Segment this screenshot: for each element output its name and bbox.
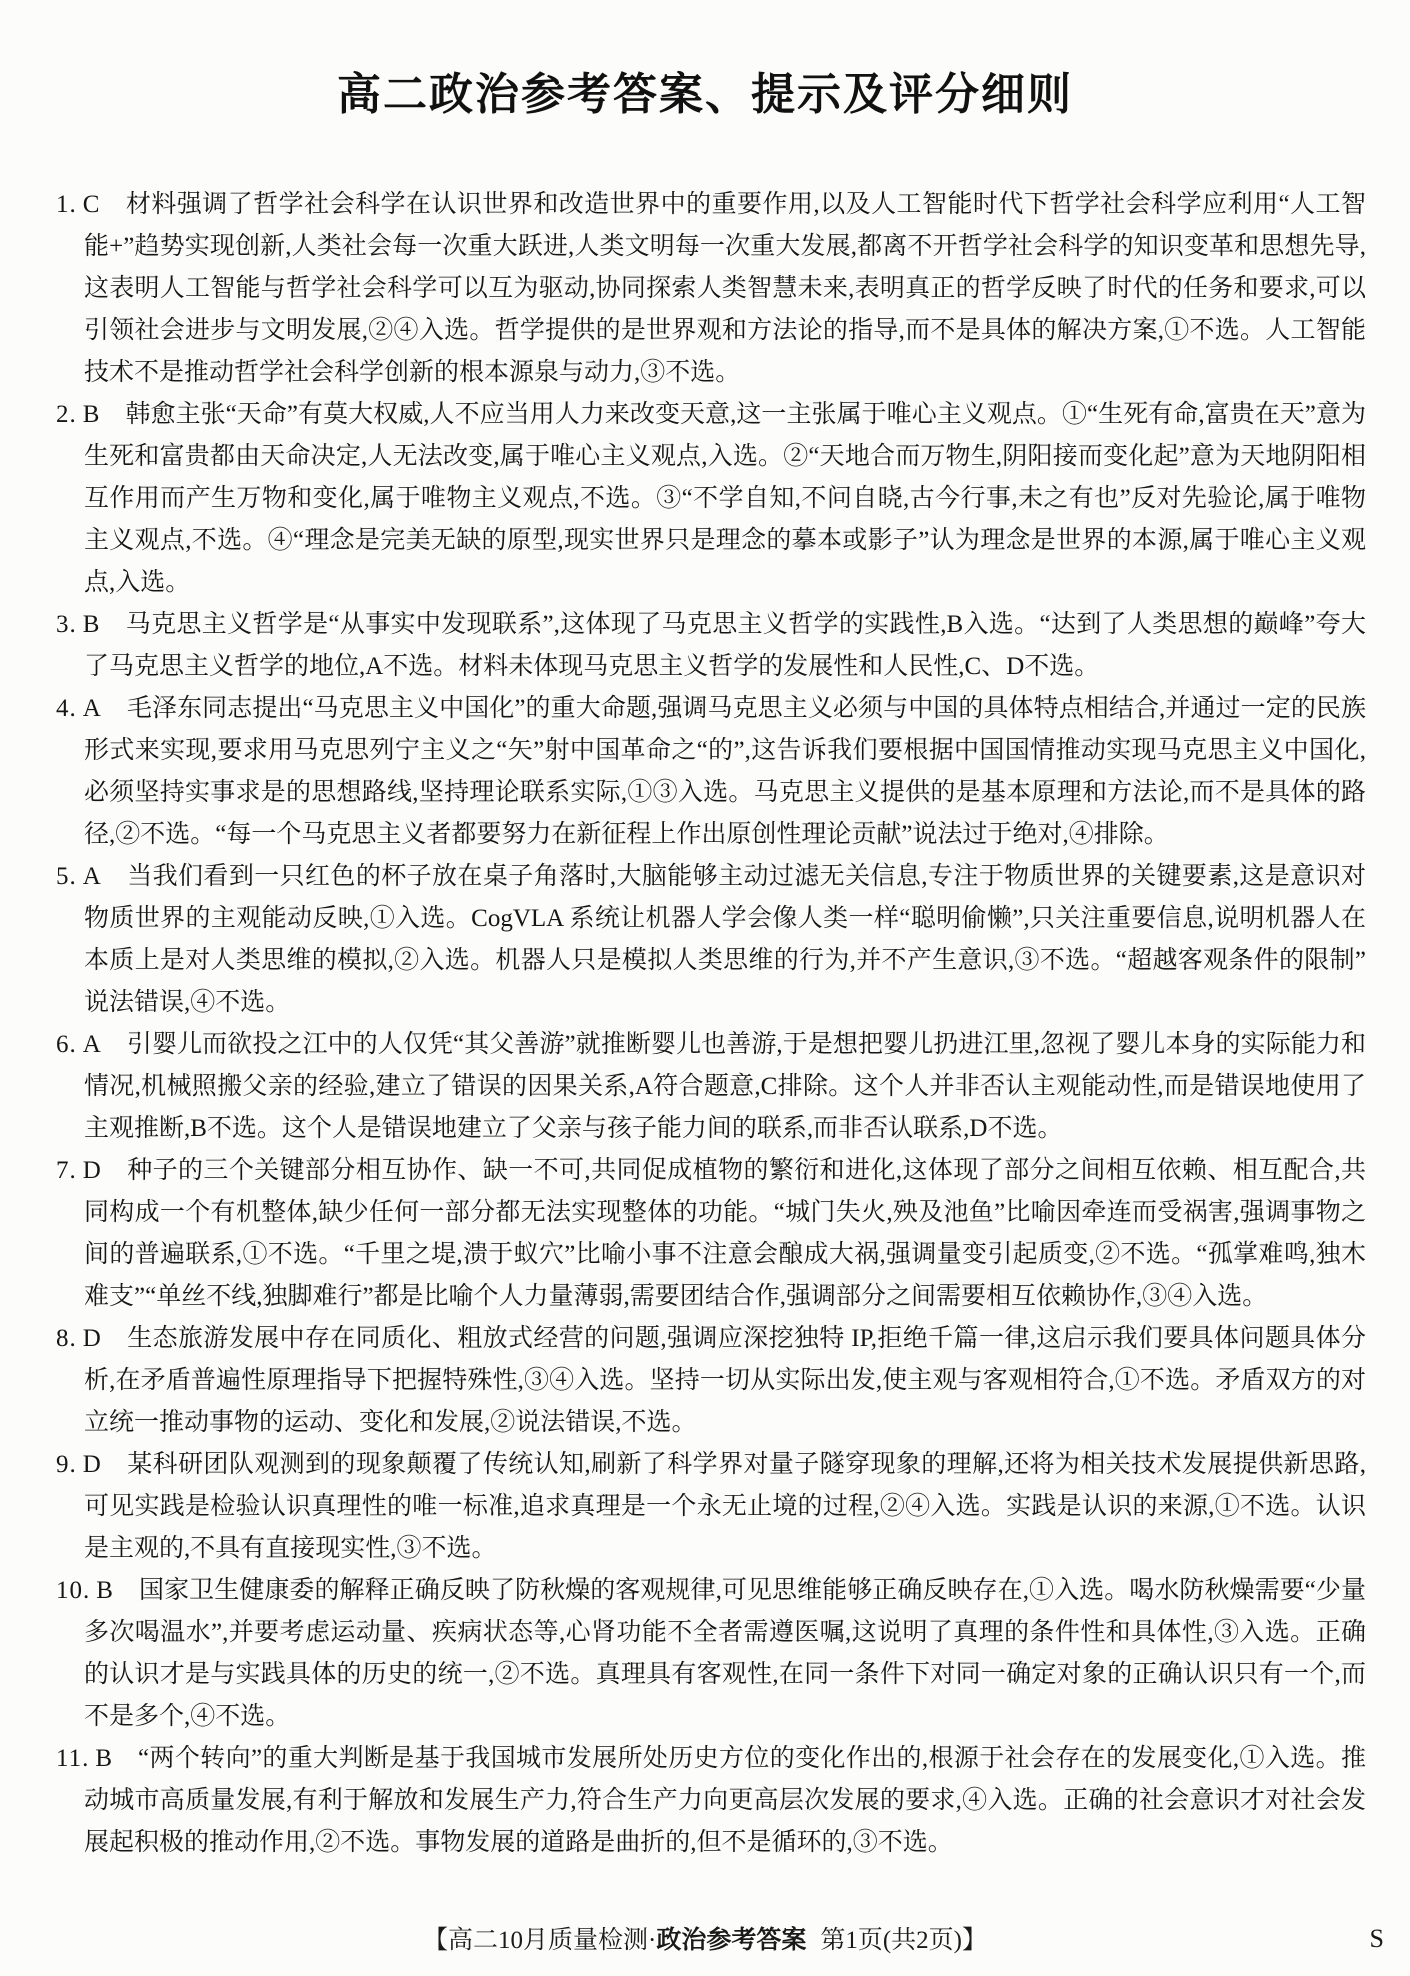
footer-page-info: 第1页(共2页)】 xyxy=(820,1927,987,1954)
question-number: 2. xyxy=(56,401,77,428)
answer-item-4: 4.A毛泽东同志提出“马克思主义中国化”的重大命题,强调马克思主义必须与中国的具… xyxy=(56,688,1366,856)
explanation-text: 生态旅游发展中存在同质化、粗放式经营的问题,强调应深挖独特 IP,拒绝千篇一律,… xyxy=(84,1325,1366,1436)
question-number: 1. xyxy=(56,191,77,218)
answer-key-page: 高二政治参考答案、提示及评分细则 1.C材料强调了哲学社会科学在认识世界和改造世… xyxy=(0,0,1410,1976)
answer-letter: B xyxy=(83,611,100,638)
answer-item-1: 1.C材料强调了哲学社会科学在认识世界和改造世界中的重要作用,以及人工智能时代下… xyxy=(56,184,1366,394)
answer-letter: A xyxy=(83,1031,101,1058)
question-number: 3. xyxy=(56,611,77,638)
answer-item-10: 10.B国家卫生健康委的解释正确反映了防秋燥的客观规律,可见思维能够正确反映存在… xyxy=(56,1570,1366,1738)
explanation-text: 马克思主义哲学是“从事实中发现联系”,这体现了马克思主义哲学的实践性,B入选。“… xyxy=(84,611,1366,680)
page-title: 高二政治参考答案、提示及评分细则 xyxy=(0,0,1410,122)
answer-letter: B xyxy=(83,401,100,428)
question-number: 4. xyxy=(56,695,77,722)
footer-exam-label: 【高二10月质量检测· xyxy=(423,1927,656,1954)
footer-subject: 政治参考答案 xyxy=(656,1926,806,1954)
explanation-text: 某科研团队观测到的现象颠覆了传统认知,刷新了科学界对量子隧穿现象的理解,还将为相… xyxy=(84,1451,1366,1562)
answer-item-6: 6.A引婴儿而欲投之江中的人仅凭“其父善游”就推断婴儿也善游,于是想把婴儿扔进江… xyxy=(56,1024,1366,1150)
question-number: 7. xyxy=(56,1157,77,1184)
explanation-text: 国家卫生健康委的解释正确反映了防秋燥的客观规律,可见思维能够正确反映存在,①入选… xyxy=(84,1577,1366,1730)
answer-letter: D xyxy=(83,1451,101,1478)
answer-letter: B xyxy=(96,1577,113,1604)
answer-letter: C xyxy=(83,191,100,218)
answer-item-2: 2.B韩愈主张“天命”有莫大权威,人不应当用人力来改变天意,这一主张属于唯心主义… xyxy=(56,394,1366,604)
question-number: 9. xyxy=(56,1451,77,1478)
question-number: 8. xyxy=(56,1325,77,1352)
corner-mark: S xyxy=(1370,1924,1384,1954)
explanation-text: 种子的三个关键部分相互协作、缺一不可,共同促成植物的繁衍和进化,这体现了部分之间… xyxy=(84,1157,1366,1310)
explanation-text: 韩愈主张“天命”有莫大权威,人不应当用人力来改变天意,这一主张属于唯心主义观点。… xyxy=(84,401,1366,596)
page-footer: 【高二10月质量检测·政治参考答案第1页(共2页)】 S xyxy=(0,1920,1410,1954)
answer-item-8: 8.D生态旅游发展中存在同质化、粗放式经营的问题,强调应深挖独特 IP,拒绝千篇… xyxy=(56,1318,1366,1444)
question-number: 5. xyxy=(56,863,77,890)
answer-letter: A xyxy=(83,863,101,890)
question-number: 11. xyxy=(56,1745,89,1772)
explanation-text: 当我们看到一只红色的杯子放在桌子角落时,大脑能够主动过滤无关信息,专注于物质世界… xyxy=(84,863,1366,1016)
question-number: 10. xyxy=(56,1577,90,1604)
answer-item-9: 9.D某科研团队观测到的现象颠覆了传统认知,刷新了科学界对量子隧穿现象的理解,还… xyxy=(56,1444,1366,1570)
question-number: 6. xyxy=(56,1031,77,1058)
answer-item-5: 5.A当我们看到一只红色的杯子放在桌子角落时,大脑能够主动过滤无关信息,专注于物… xyxy=(56,856,1366,1024)
answer-item-7: 7.D种子的三个关键部分相互协作、缺一不可,共同促成植物的繁衍和进化,这体现了部… xyxy=(56,1150,1366,1318)
answer-letter: D xyxy=(83,1157,101,1184)
answer-letter: D xyxy=(83,1325,101,1352)
explanation-text: 材料强调了哲学社会科学在认识世界和改造世界中的重要作用,以及人工智能时代下哲学社… xyxy=(84,191,1366,386)
answer-item-3: 3.B马克思主义哲学是“从事实中发现联系”,这体现了马克思主义哲学的实践性,B入… xyxy=(56,604,1366,688)
answer-list: 1.C材料强调了哲学社会科学在认识世界和改造世界中的重要作用,以及人工智能时代下… xyxy=(56,184,1366,1864)
explanation-text: 引婴儿而欲投之江中的人仅凭“其父善游”就推断婴儿也善游,于是想把婴儿扔进江里,忽… xyxy=(84,1031,1366,1142)
answer-letter: B xyxy=(95,1745,112,1772)
explanation-text: 毛泽东同志提出“马克思主义中国化”的重大命题,强调马克思主义必须与中国的具体特点… xyxy=(84,695,1366,848)
answer-item-11: 11.B“两个转向”的重大判断是基于我国城市发展所处历史方位的变化作出的,根源于… xyxy=(56,1738,1366,1864)
explanation-text: “两个转向”的重大判断是基于我国城市发展所处历史方位的变化作出的,根源于社会存在… xyxy=(84,1745,1366,1856)
answer-letter: A xyxy=(83,695,101,722)
